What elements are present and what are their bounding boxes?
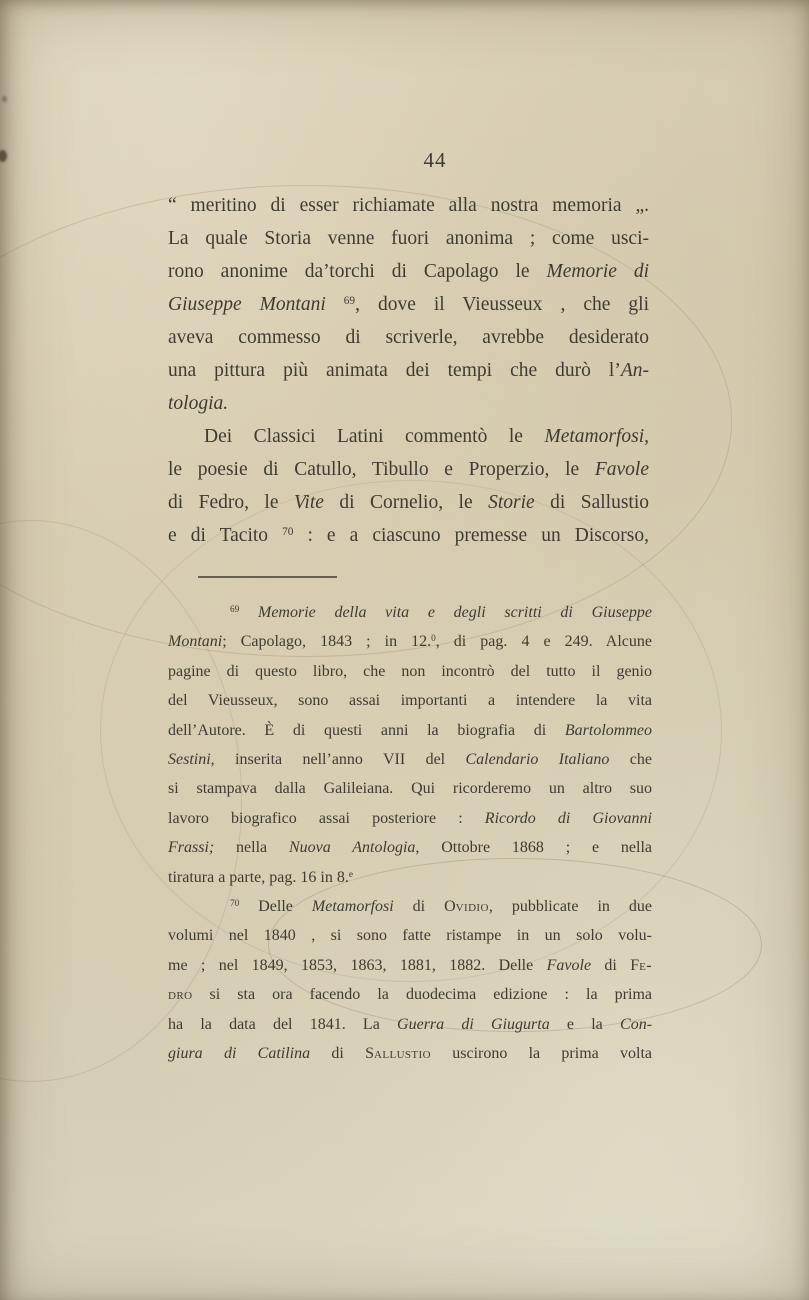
text-segment: 69 [230, 605, 239, 615]
text-segment: Sestini [168, 751, 211, 768]
text-line: Dei Classici Latini commentò le Metamorf… [168, 420, 649, 453]
text-segment: ; Capolago, 1843 ; in 12. [222, 633, 431, 650]
text-segment: , pubblicate in due [489, 898, 652, 915]
text-segment: Calendario Italiano [466, 751, 610, 768]
text-segment: che [609, 751, 652, 768]
text-segment: le poesie di Catullo, Tibullo e Properzi… [168, 459, 595, 480]
text-line: me ; nel 1849, 1853, 1863, 1881, 1882. D… [168, 951, 652, 980]
main-text-block: “ meritino di esser richiamate alla nost… [168, 189, 649, 552]
text-line: ha la data del 1841. La Guerra di Giugur… [168, 1010, 652, 1039]
text-line: tiratura a parte, pag. 16 in 8.e [168, 863, 652, 892]
paper-speck [2, 96, 7, 102]
text-line: Frassi; nella Nuova Antologia, Ottobre 1… [168, 833, 652, 862]
text-segment: Ricordo di Giovanni [485, 810, 652, 827]
text-line: tologia. [168, 387, 649, 420]
text-segment: si sta ora facendo la duodecima edizione… [192, 986, 652, 1003]
book-page: 44 “ meritino di esser richiamate alla n… [0, 0, 809, 1300]
text-segment: Con- [620, 1016, 652, 1033]
text-segment: allustio [374, 1045, 431, 1062]
text-segment: nella [214, 839, 289, 856]
text-line: “ meritino di esser richiamate alla nost… [168, 189, 649, 222]
text-segment: An- [621, 360, 649, 381]
text-segment: Metamorfosi [312, 898, 394, 915]
text-segment: Giuseppe Montani [168, 294, 326, 315]
text-line: Montani; Capolago, 1843 ; in 12.0, di pa… [168, 627, 652, 656]
text-segment: e di Tacito [168, 525, 282, 546]
text-segment: Vite [294, 492, 324, 513]
text-line: si stampava dalla Galileiana. Qui ricord… [168, 774, 652, 803]
text-line: dro si sta ora facendo la duodecima ediz… [168, 980, 652, 1009]
text-segment: vidio [456, 898, 489, 915]
text-segment: Memorie della vita e degli scritti di Gi… [258, 604, 652, 621]
text-segment [326, 294, 344, 315]
text-segment: lavoro biografico assai posteriore : [168, 810, 485, 827]
page-number: 44 [424, 148, 447, 173]
text-segment: Frassi; [168, 839, 214, 856]
text-segment: , Ottobre 1868 ; e nella [415, 839, 652, 856]
text-line: 70 Delle Metamorfosi di Ovidio, pubblica… [168, 892, 652, 921]
text-line: dell’Autore. È di questi anni la biograf… [168, 716, 652, 745]
text-segment: e [349, 870, 353, 880]
text-segment: Guerra di Giugurta [397, 1016, 550, 1033]
text-line: La quale Storia venne fuori anonima ; co… [168, 222, 649, 255]
text-segment: di O [394, 898, 456, 915]
text-segment: tiratura a parte, pag. 16 in 8. [168, 869, 349, 886]
text-segment: Storie [488, 492, 535, 513]
text-segment: Bartolommeo [565, 722, 652, 739]
text-line: volumi nel 1840 , si sono fatte ristampe… [168, 921, 652, 950]
text-segment: Montani [168, 633, 222, 650]
text-segment: di F [591, 957, 639, 974]
text-segment: uscirono la prima volta [431, 1045, 652, 1062]
text-line: lavoro biografico assai posteriore : Ric… [168, 804, 652, 833]
text-segment: : e a ciascuno premesse un Discorso, [293, 525, 649, 546]
text-segment: tologia. [168, 393, 228, 414]
text-segment: Favole [595, 459, 649, 480]
text-segment: giura di Catilina [168, 1045, 310, 1062]
text-segment: me ; nel 1849, 1853, 1863, 1881, 1882. D… [168, 957, 547, 974]
paper-speck [0, 150, 7, 162]
text-line: Sestini, inserita nell’anno VII del Cale… [168, 745, 652, 774]
text-line: giura di Catilina di Sallustio uscirono … [168, 1039, 652, 1068]
text-segment: di S [310, 1045, 374, 1062]
text-segment: del Vieusseux, sono assai importanti a i… [168, 692, 652, 709]
text-segment: Dei Classici Latini commentò le [204, 426, 544, 447]
text-segment: Delle [239, 898, 312, 915]
text-segment: rono anonime da’torchi di Capolago le [168, 261, 547, 282]
text-segment: volumi nel 1840 , si sono fatte ristampe… [168, 927, 652, 944]
text-segment: aveva commesso di scriverle, avrebbe des… [168, 327, 649, 348]
text-segment: una pittura più animata dei tempi che du… [168, 360, 621, 381]
text-segment: di Sallustio [535, 492, 649, 513]
text-line: una pittura più animata dei tempi che du… [168, 354, 649, 387]
text-segment: “ meritino di esser richiamate alla nost… [168, 195, 649, 216]
text-segment: Favole [547, 957, 591, 974]
text-line: rono anonime da’torchi di Capolago le Me… [168, 255, 649, 288]
text-segment: di Fedro, le [168, 492, 294, 513]
text-line: del Vieusseux, sono assai importanti a i… [168, 686, 652, 715]
text-segment: si stampava dalla Galileiana. Qui ricord… [168, 780, 652, 797]
footnote-separator [198, 576, 337, 578]
text-segment: 70 [230, 899, 239, 909]
text-line: pagine di questo libro, che non incontrò… [168, 657, 652, 686]
text-segment: ha la data del 1841. La [168, 1016, 397, 1033]
text-segment: di Cornelio, le [324, 492, 488, 513]
text-line: Giuseppe Montani 69, dove il Vieusseux ,… [168, 288, 649, 321]
text-segment: La quale Storia venne fuori anonima ; co… [168, 228, 649, 249]
text-line: aveva commesso di scriverle, avrebbe des… [168, 321, 649, 354]
text-segment: pagine di questo libro, che non incontrò… [168, 663, 652, 680]
text-segment: 69 [344, 295, 355, 307]
text-segment: Metamorfosi, [544, 426, 649, 447]
text-segment: e la [550, 1016, 620, 1033]
text-line: le poesie di Catullo, Tibullo e Properzi… [168, 453, 649, 486]
footnote-block: 69 Memorie della vita e degli scritti di… [168, 598, 652, 1069]
text-segment: Nuova Antologia [289, 839, 415, 856]
text-line: e di Tacito 70 : e a ciascuno premesse u… [168, 519, 649, 552]
text-segment: 70 [282, 526, 293, 538]
text-segment: , di pag. 4 e 249. Alcune [436, 633, 652, 650]
text-segment [239, 604, 258, 621]
text-segment: , inserita nell’anno VII del [211, 751, 466, 768]
text-line: 69 Memorie della vita e degli scritti di… [168, 598, 652, 627]
text-segment: Memorie di [547, 261, 650, 282]
text-line: di Fedro, le Vite di Cornelio, le Storie… [168, 486, 649, 519]
text-segment: dro [168, 986, 192, 1003]
text-segment: e- [639, 957, 652, 974]
text-segment: , dove il Vieusseux , che gli [355, 294, 649, 315]
text-segment: dell’Autore. È di questi anni la biograf… [168, 722, 565, 739]
